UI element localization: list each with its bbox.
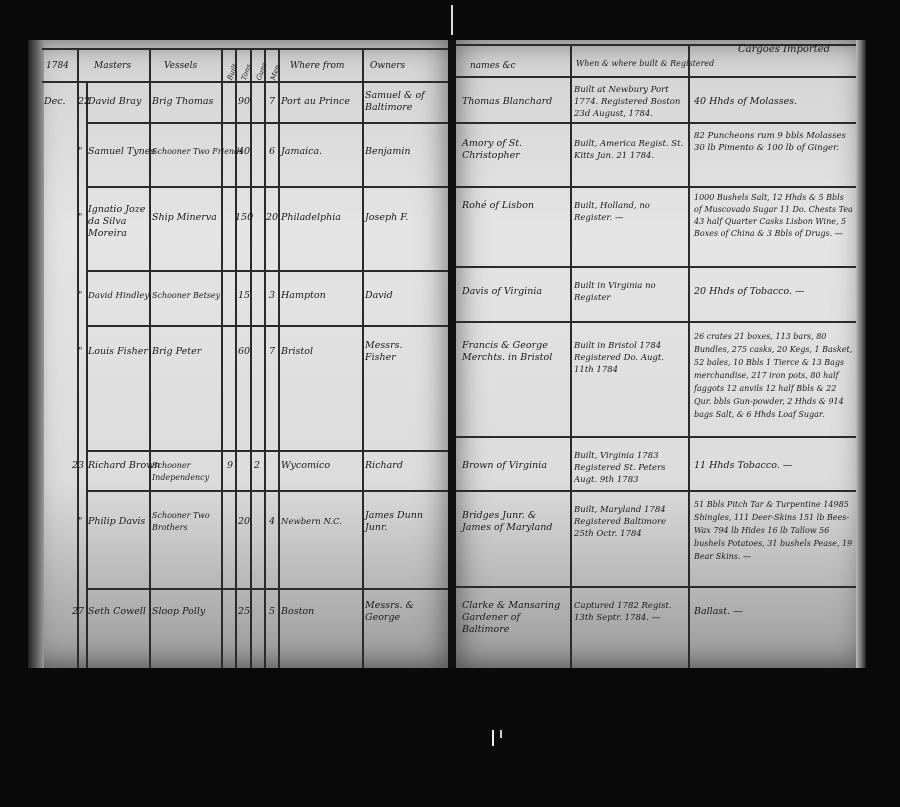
entry-vessel: Schooner Independency (152, 460, 222, 484)
entry-day: 23 (72, 460, 84, 472)
entry-built-registered: Built, Virginia 1783 Registered St. Pete… (574, 450, 686, 486)
entry-master: Philip Davis (88, 516, 145, 528)
entry-day: " (78, 516, 82, 528)
entry-built-registered: Built, Holland, no Register. — (574, 200, 686, 224)
entry-men: 6 (265, 146, 279, 158)
entry-where-from: Boston (281, 606, 314, 618)
entry-vessel: Schooner Two Brothers (152, 510, 222, 534)
entry-built-registered: Built, America Regist. St. Kitts Jan. 21… (574, 138, 686, 162)
entry-cargo: Ballast. — (694, 606, 854, 618)
entry-master: David Bray (88, 96, 141, 108)
entry-day: " (78, 346, 82, 358)
entry-owners: Samuel & of Baltimore (365, 90, 443, 114)
header-guns: Guns (253, 61, 271, 82)
film-mark (492, 730, 494, 746)
entry-day: " (78, 146, 82, 158)
entry-master: Richard Brown (88, 460, 160, 472)
entry-owners: David (365, 290, 393, 302)
entry-built-registered: Built in Virginia no Register (574, 280, 686, 304)
header-year: 1784 (46, 60, 69, 72)
entry-men: 4 (265, 516, 279, 528)
entry-vessel: Sloop Polly (152, 606, 205, 618)
page-edge-left (28, 40, 44, 668)
entry-men: 20 (264, 212, 280, 224)
entry-master: Louis Fisher (88, 346, 148, 358)
entry-owners: Joseph F. (365, 212, 408, 224)
entry-vessel: Brig Peter (152, 346, 201, 358)
entry-built-registered: Built, Maryland 1784 Registered Baltimor… (574, 504, 686, 540)
entry-cargo: 20 Hhds of Tobacco. — (694, 286, 854, 298)
entry-cargo: 11 Hhds Tobacco. — (694, 460, 854, 472)
entry-cargo: 82 Puncheons rum 9 bbls Molasses 30 lb P… (694, 130, 854, 154)
entry-owners: Messrs. Fisher (365, 340, 435, 364)
entry-owner-names: Bridges Junr. & James of Maryland (462, 510, 568, 534)
entry-vessel: Brig Thomas (152, 96, 213, 108)
entry-vessel: Schooner Two Friends (152, 146, 243, 158)
entry-men: 7 (265, 96, 279, 108)
entry-owner-names: Clarke & Mansaring Gardener of Baltimore (462, 600, 568, 636)
entry-master: David Hindley (88, 290, 149, 302)
entry-where-from: Newbern N.C. (281, 516, 342, 528)
entry-day: " (78, 290, 82, 302)
entry-tons: 60 (237, 346, 251, 358)
entry-day: 27 (72, 606, 84, 618)
entry-where-from: Hampton (281, 290, 326, 302)
page-edge-right (856, 40, 866, 668)
book-gutter (448, 40, 456, 668)
entry-owners: Messrs. & George (365, 600, 435, 624)
entry-tons: 90 (237, 96, 251, 108)
entry-owner-names: Brown of Virginia (462, 460, 568, 472)
entry-owners: Benjamin (365, 146, 411, 158)
entry-vessel: Schooner Betsey (152, 290, 220, 302)
entry-master: Seth Cowell (88, 606, 146, 618)
entry-where-from: Jamaica. (281, 146, 322, 158)
entry-tons: 25 (237, 606, 251, 618)
entry-day: " (78, 212, 82, 224)
entry-owner-names: Amory of St. Christopher (462, 138, 568, 162)
entry-where-from: Philadelphia (281, 212, 341, 224)
entry-owners: James Dunn Junr. (365, 510, 435, 534)
entry-cargo: 40 Hhds of Molasses. (694, 96, 854, 108)
entry-men: 2 (250, 460, 264, 472)
left-page: 1784 Masters Vessels Built Tons Guns Men… (28, 40, 448, 668)
header-owners: Owners (370, 60, 405, 72)
entry-tons: 20 (237, 516, 251, 528)
header-built: Built (224, 62, 241, 82)
header-where-from: Where from (290, 60, 344, 72)
right-page: names &c When & where built & Registered… (456, 40, 866, 668)
entry-tons: 9 (223, 460, 237, 472)
entry-men: 5 (265, 606, 279, 618)
entry-built-registered: Built at Newbury Port 1774. Registered B… (574, 84, 686, 120)
entry-where-from: Wycomico (281, 460, 330, 472)
entry-where-from: Bristol (281, 346, 313, 358)
header-names: names &c (470, 60, 516, 72)
entry-where-from: Port au Prince (281, 96, 350, 108)
header-cargoes: Cargoes Imported (738, 44, 830, 56)
ledger-book: 1784 Masters Vessels Built Tons Guns Men… (28, 40, 866, 668)
entry-cargo: 26 crates 21 boxes, 113 bars, 80 Bundles… (694, 330, 854, 421)
entry-cargo: 1000 Bushels Salt, 12 Hhds & 5 Bbls of M… (694, 192, 854, 240)
entry-owner-names: Davis of Virginia (462, 286, 568, 298)
entry-tons: 40 (237, 146, 251, 158)
entry-master: Ignatio Joze da Silva Moreira (88, 204, 148, 240)
entry-master: Samuel Tynes (88, 146, 155, 158)
entry-tons: 15 (237, 290, 251, 302)
header-when-built: When & where built & Registered (576, 58, 714, 70)
entry-vessel: Ship Minerva (152, 212, 217, 224)
header-masters: Masters (94, 60, 131, 72)
film-mark-small (500, 730, 502, 738)
entry-owners: Richard (365, 460, 403, 472)
entry-cargo: 51 Bbls Pitch Tar & Turpentine 14985 Shi… (694, 498, 854, 563)
entry-owner-names: Francis & George Merchts. in Bristol (462, 340, 568, 364)
entry-men: 3 (265, 290, 279, 302)
header-vessels: Vessels (164, 60, 197, 72)
entry-built-registered: Captured 1782 Regist. 13th Septr. 1784. … (574, 600, 686, 624)
entry-owner-names: Thomas Blanchard (462, 96, 568, 108)
gutter-stitch-mark (451, 5, 453, 35)
entry-built-registered: Built in Bristol 1784 Registered Do. Aug… (574, 340, 686, 376)
entry-men: 7 (265, 346, 279, 358)
entry-tons: 150 (235, 212, 251, 224)
entry-owner-names: Rohé of Lisbon (462, 200, 568, 212)
entry-month: Dec. (44, 96, 66, 108)
